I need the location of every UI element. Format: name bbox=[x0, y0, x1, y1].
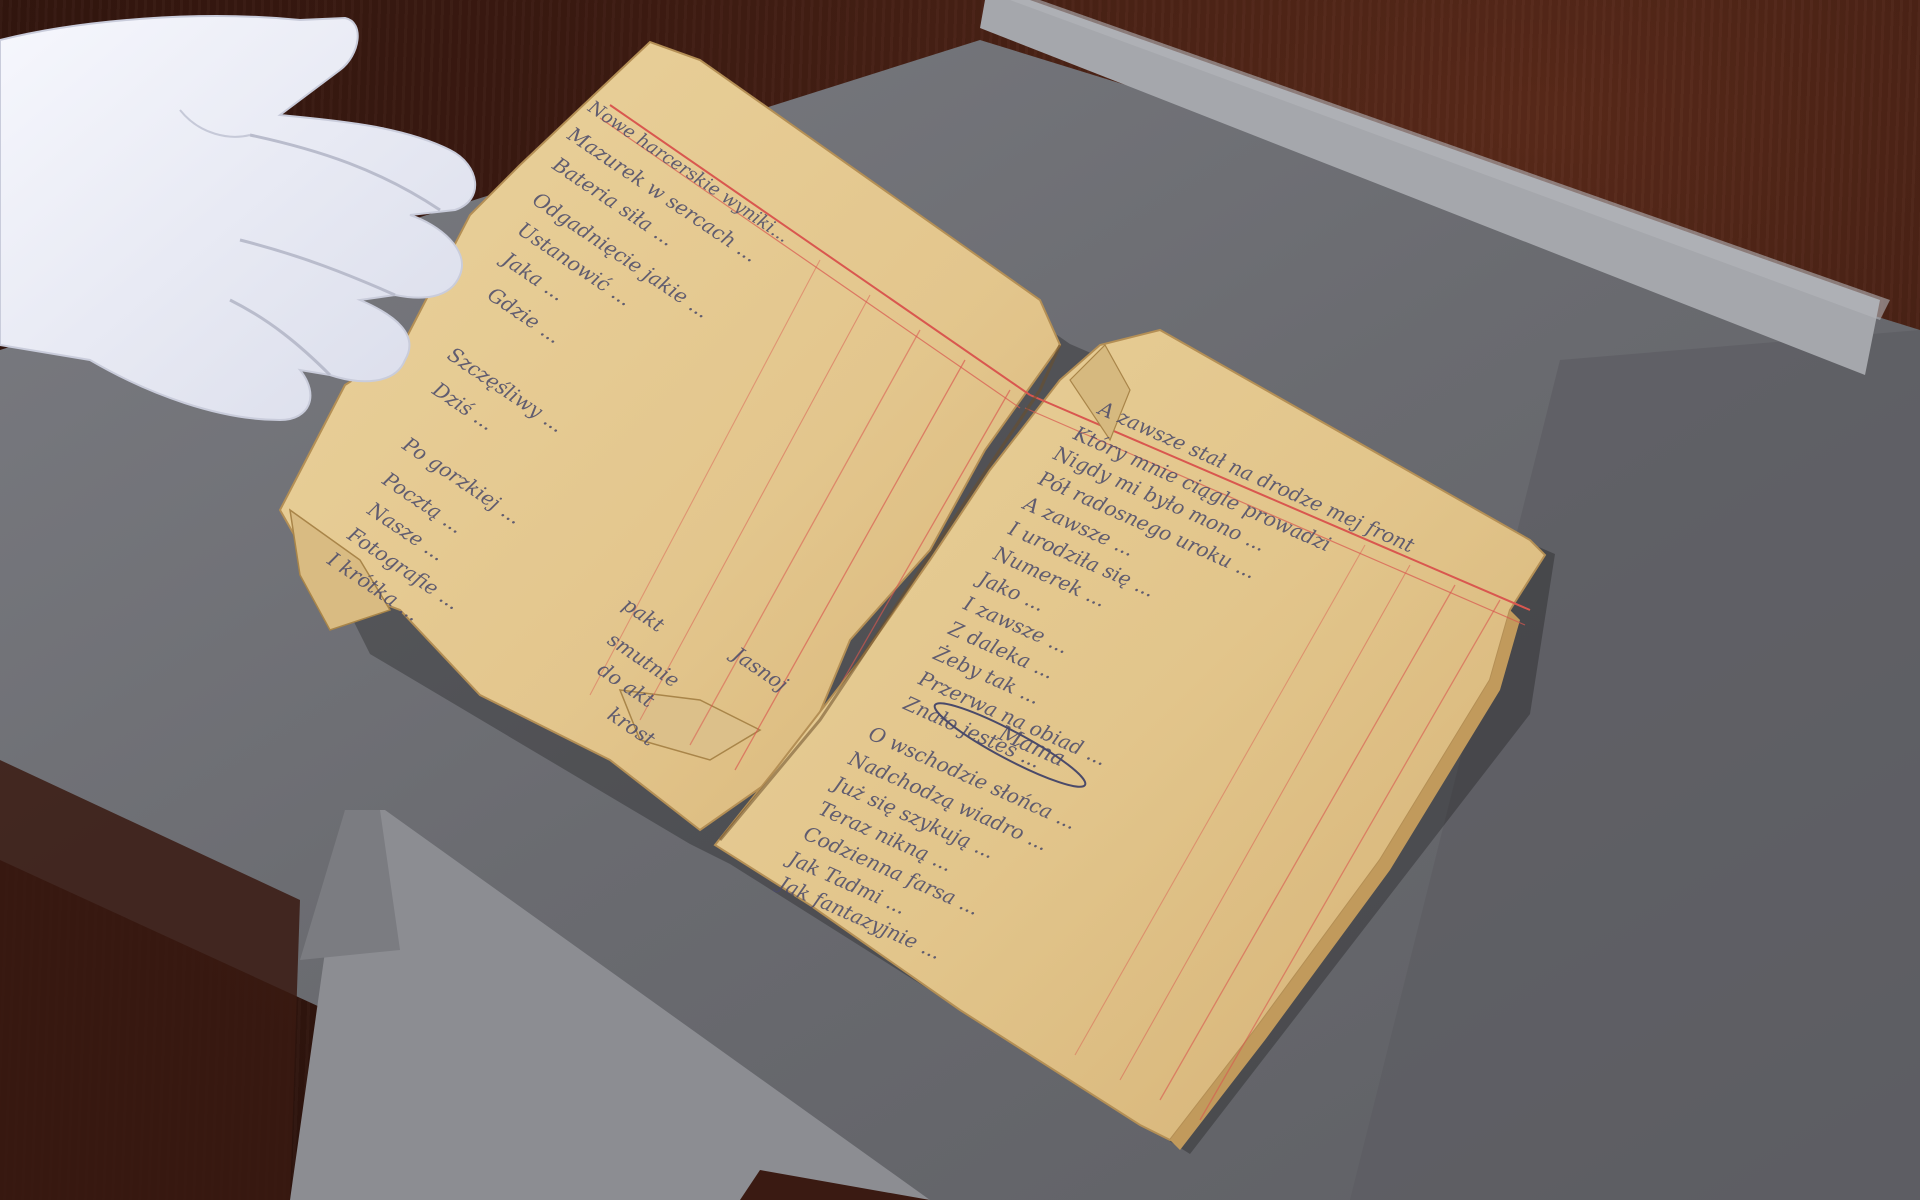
scene-shapes bbox=[0, 0, 1920, 1200]
photo-scene: Nowe harcerskie wyniki... Mazurek w serc… bbox=[0, 0, 1920, 1200]
